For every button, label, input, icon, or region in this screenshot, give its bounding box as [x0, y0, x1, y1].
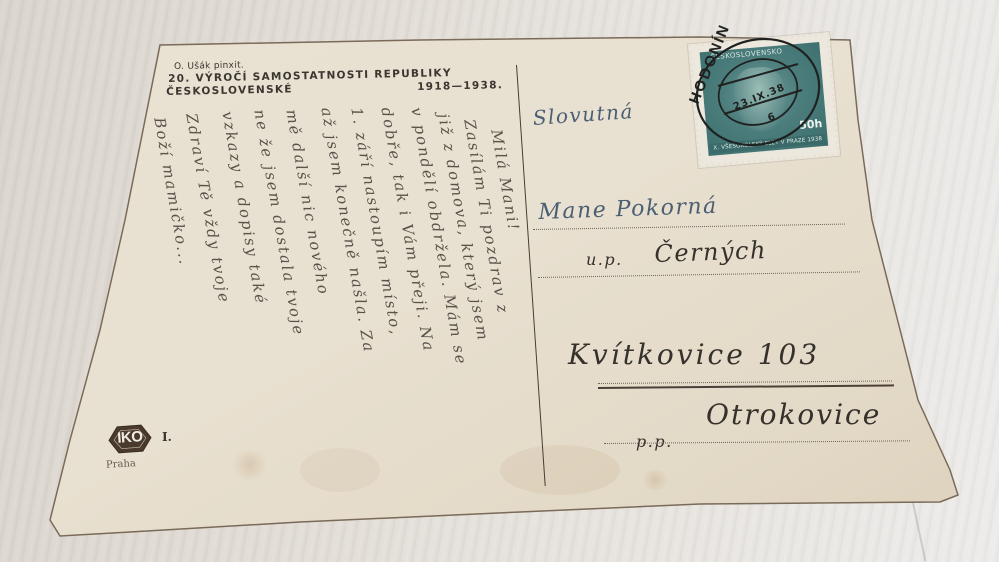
- publisher-logo: [104, 420, 156, 457]
- card-years: 1918—1938.: [417, 79, 503, 93]
- paper-stain: [230, 450, 270, 480]
- postcard: O. Ušák pinxit. 20. VÝROČÍ SAMOSTATNOSTI…: [0, 0, 999, 562]
- address-line-3: Kvítkovice 103: [568, 338, 820, 371]
- address-line-2-prefix: u.p.: [586, 250, 623, 269]
- publisher-city: Praha: [106, 458, 136, 471]
- address-line-4: Otrokovice: [706, 398, 881, 431]
- artist-credit: O. Ušák pinxit.: [174, 61, 244, 72]
- publisher-suffix: I.: [162, 430, 172, 444]
- paper-stain: [640, 470, 670, 490]
- address-line-2: Černých: [654, 236, 767, 268]
